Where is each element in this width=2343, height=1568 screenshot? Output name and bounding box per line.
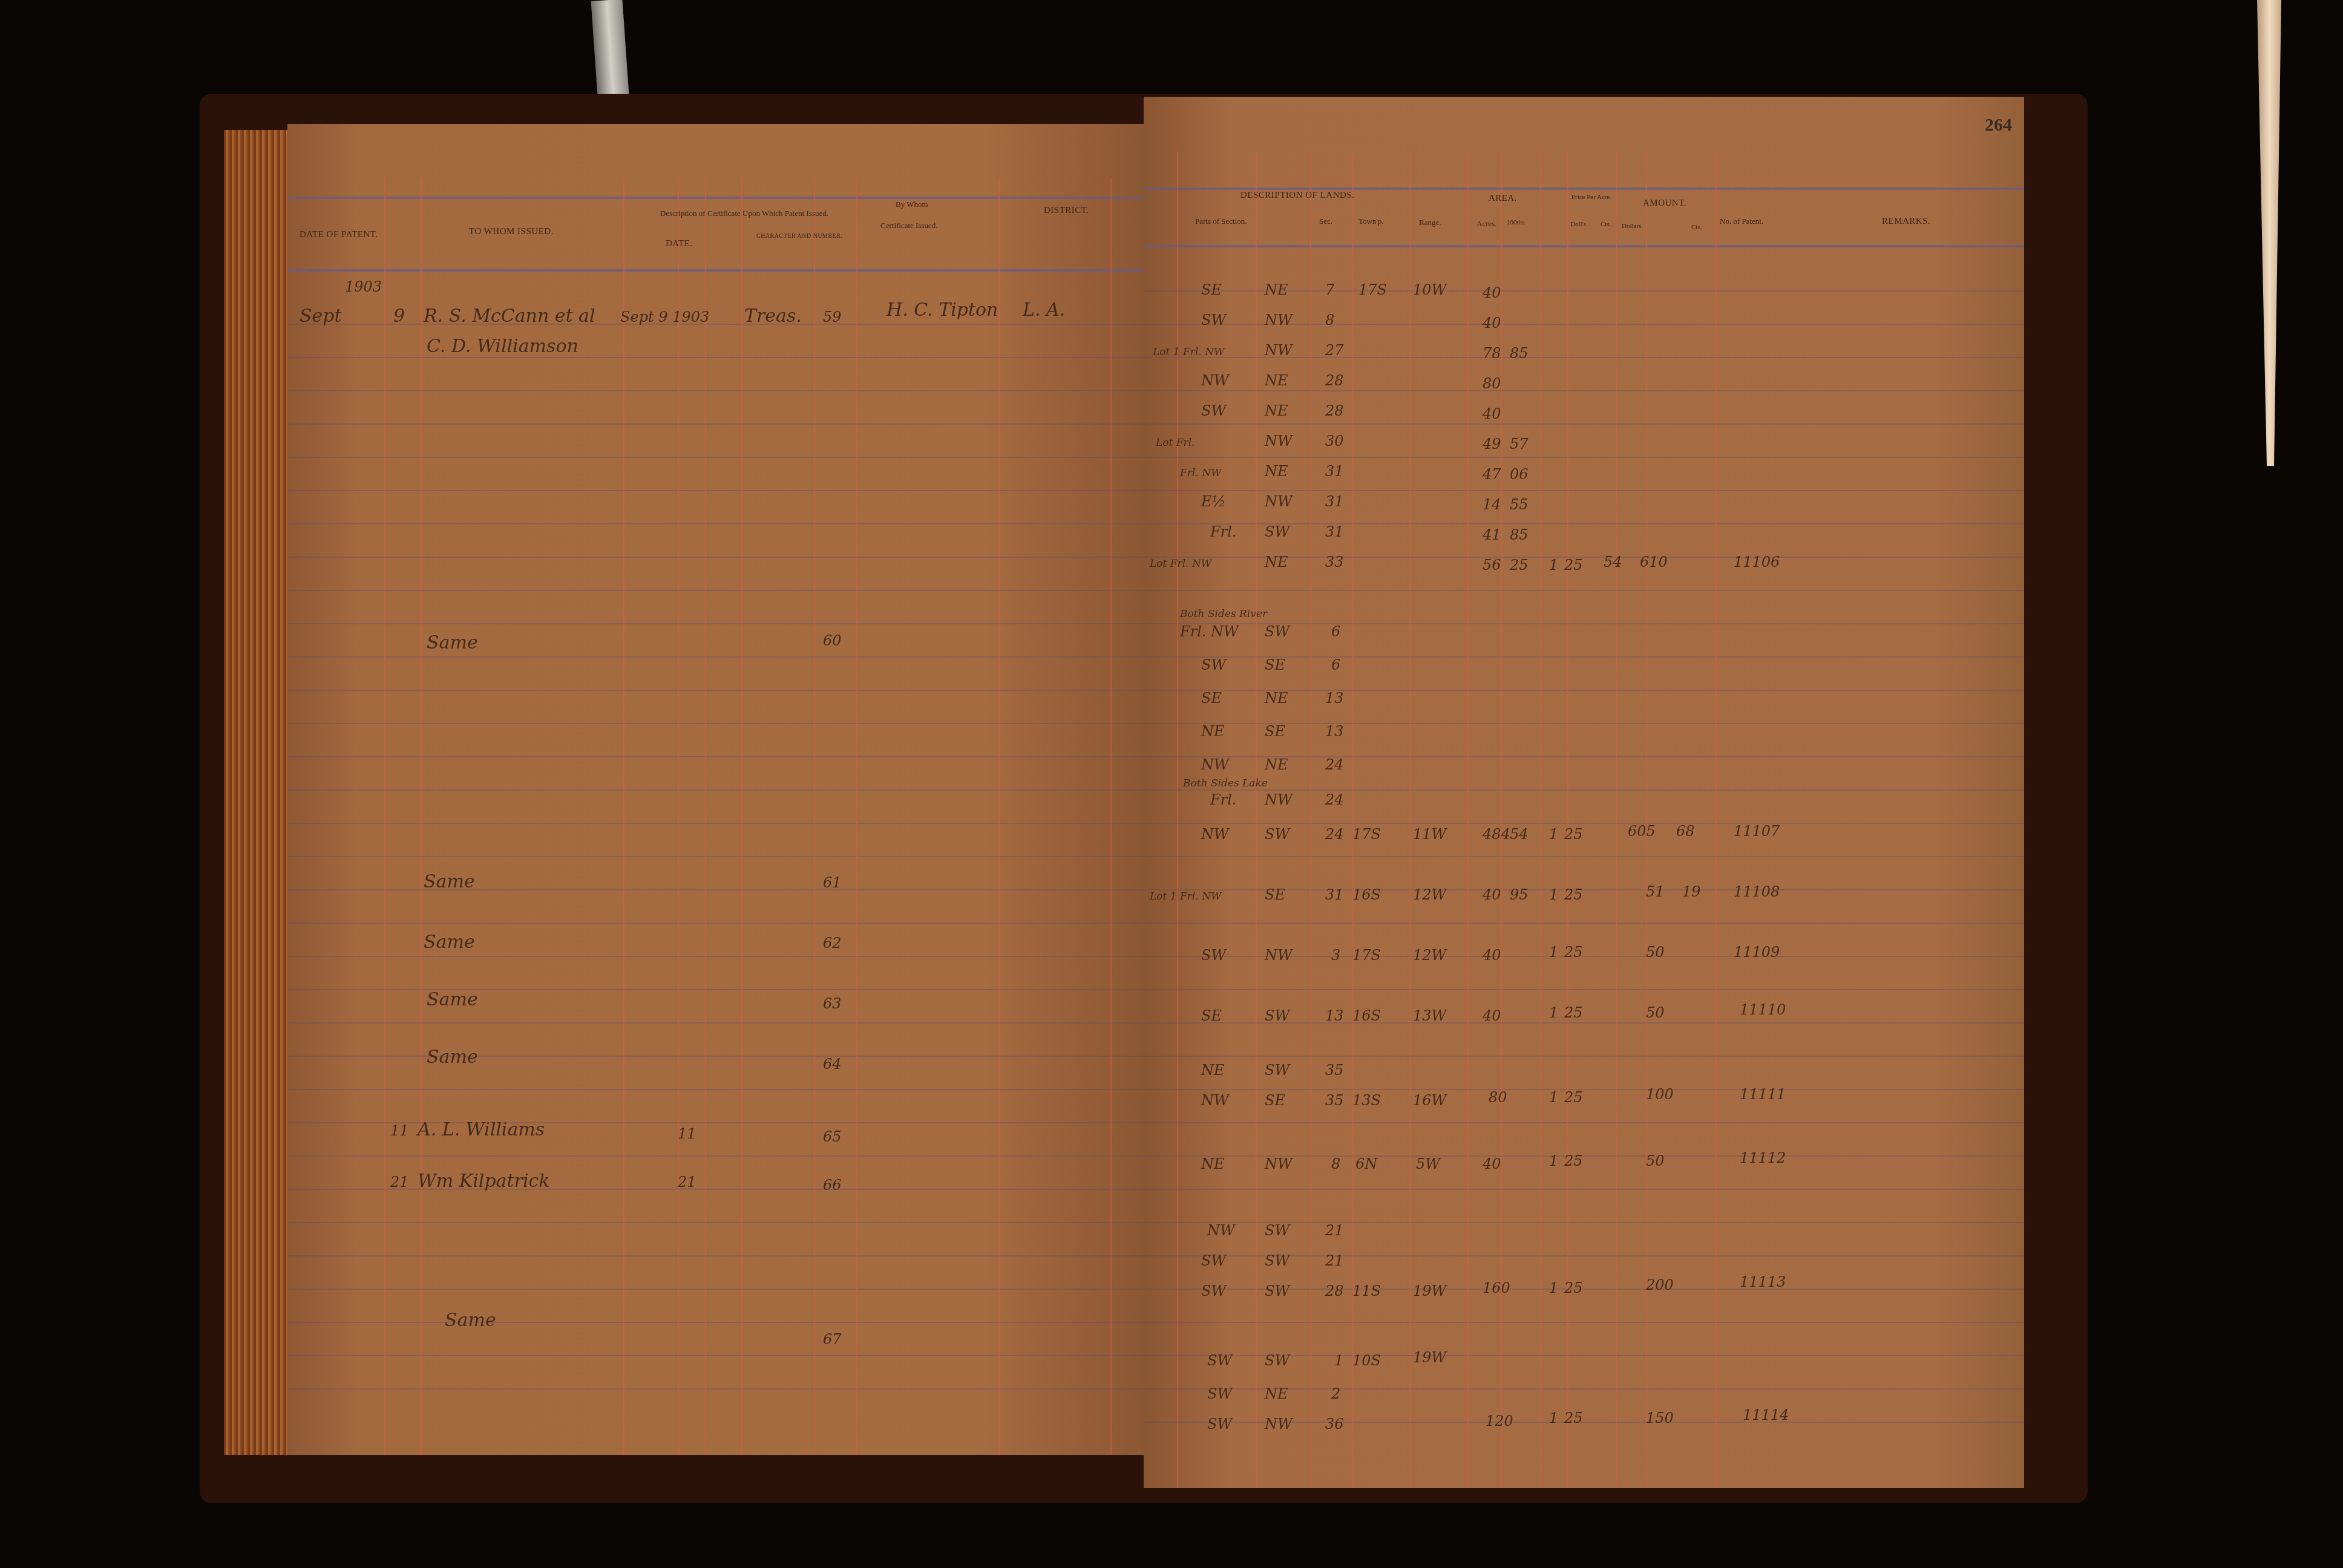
header-top-rule: [1144, 188, 2024, 190]
entry-cert-no: 63: [823, 995, 842, 1012]
land-cell: 8: [1325, 312, 1334, 328]
land-cell: 28: [1325, 372, 1344, 389]
header-dollars: Dollars.: [1622, 223, 1643, 230]
entry-name: Same: [427, 1047, 478, 1068]
header-dolls: Doll's.: [1570, 221, 1588, 228]
entry-name: Wm Kilpatrick: [418, 1171, 549, 1192]
land-cell: SE: [1201, 690, 1222, 707]
header-amount-cts: Cts.: [1691, 224, 1702, 231]
right-page: 264 DESCRIPTION OF LANDS. Parts of Secti…: [1144, 97, 2024, 1488]
entry-day: 11: [390, 1122, 409, 1139]
land-cell: SE: [1265, 656, 1285, 673]
land-cell: NW: [1265, 791, 1293, 808]
entry-day: 9: [393, 305, 405, 327]
land-cell: 10S: [1352, 1352, 1381, 1369]
land-cell: 100: [1646, 1086, 1674, 1103]
land-cell: NE: [1265, 372, 1288, 389]
land-cell: SE: [1201, 281, 1222, 298]
header-hundredths: 100ths.: [1507, 219, 1526, 226]
land-cell: 150: [1646, 1410, 1674, 1426]
header-area: AREA.: [1489, 194, 1517, 204]
header-acres: Acres.: [1476, 219, 1497, 229]
land-cell: 2: [1331, 1385, 1340, 1402]
land-cell: 28: [1325, 402, 1344, 419]
entry-cert-no: 62: [823, 935, 842, 952]
entry-by-whom: H. C. Tipton: [886, 299, 998, 321]
land-cell: 11112: [1740, 1149, 1786, 1166]
land-cell: Frl. NW: [1180, 467, 1222, 479]
land-cell: NW: [1265, 1416, 1293, 1432]
land-cell: 40: [1483, 405, 1501, 422]
year-annotation: 1903: [345, 278, 382, 295]
land-cell: 3: [1331, 947, 1340, 964]
land-cell: SW: [1201, 402, 1226, 419]
land-cell: 35: [1325, 1062, 1344, 1079]
land-cell: 41: [1483, 526, 1501, 543]
land-cell: 11111: [1740, 1086, 1786, 1103]
land-cell: 1: [1549, 1279, 1558, 1296]
land-cell: 28: [1325, 1282, 1344, 1299]
land-cell: 54: [1510, 826, 1529, 843]
land-cell: NW: [1265, 312, 1293, 328]
entry-name: Same: [427, 632, 478, 653]
land-cell: 11109: [1734, 944, 1780, 961]
entry-name: A. L. Williams: [418, 1119, 545, 1140]
entry-name: Same: [427, 989, 478, 1010]
land-cell: Lot 1 Frl. NW: [1153, 346, 1225, 358]
land-cell: 11W: [1413, 826, 1446, 843]
land-cell: 80: [1483, 375, 1501, 392]
land-cell: 25: [1564, 1152, 1583, 1169]
header-bottom-rule: [1144, 245, 2024, 247]
land-cell: 8: [1331, 1155, 1340, 1172]
land-cell: 50: [1646, 944, 1665, 961]
header-to-whom-issued: TO WHOM ISSUED.: [469, 227, 554, 237]
land-cell: SW: [1265, 826, 1289, 843]
land-cell: NE: [1265, 690, 1288, 707]
land-cell: 57: [1510, 436, 1529, 452]
entry-cert-no: 60: [823, 632, 842, 649]
land-cell: 11108: [1734, 883, 1780, 900]
land-cell: 200: [1646, 1276, 1674, 1293]
land-cell: SW: [1265, 1252, 1289, 1269]
land-cell: 31: [1325, 886, 1344, 903]
land-cell: SW: [1207, 1352, 1232, 1369]
land-cell: 11110: [1740, 1001, 1786, 1018]
land-cell: Lot 1 Frl. NW: [1150, 890, 1222, 903]
land-cell: 31: [1325, 463, 1344, 480]
land-cell: 16W: [1413, 1092, 1446, 1109]
land-cell: 06: [1510, 466, 1529, 483]
land-cell: 68: [1676, 823, 1695, 840]
header-top-rule: [287, 197, 1159, 199]
land-cell: 25: [1564, 826, 1583, 843]
land-cell: 1: [1334, 1352, 1343, 1369]
land-cell: Frl. NW: [1180, 623, 1239, 640]
entry-name: R. S. McCann et al: [424, 305, 595, 327]
land-cell: 17S: [1352, 947, 1381, 964]
land-cell: NW: [1265, 947, 1293, 964]
entry-name: Same: [445, 1310, 496, 1331]
land-cell: 1: [1549, 944, 1558, 961]
land-cell: 25: [1564, 1089, 1583, 1106]
land-cell: SW: [1201, 947, 1226, 964]
entry-day: 21: [390, 1174, 409, 1191]
header-amount: AMOUNT.: [1643, 198, 1686, 209]
header-bottom-rule: [287, 269, 1159, 272]
land-cell: Lot Frl. NW: [1150, 558, 1211, 570]
land-cell: 10W: [1413, 281, 1446, 298]
land-cell: 6: [1331, 656, 1340, 673]
land-cell: SW: [1265, 1062, 1289, 1079]
land-cell: NW: [1265, 433, 1293, 449]
land-cell: NW: [1201, 1092, 1229, 1109]
land-cell: NE: [1265, 402, 1288, 419]
header-description-of-lands: DESCRIPTION OF LANDS.: [1240, 191, 1354, 201]
land-cell: NW: [1265, 493, 1293, 510]
header-price-per-acre: Price Per Acre.: [1567, 194, 1616, 201]
entry-cert-date: 11: [678, 1125, 696, 1142]
land-cell: 40: [1483, 1007, 1501, 1024]
land-cell: SW: [1265, 523, 1289, 540]
land-cell: 25: [1564, 944, 1583, 961]
land-cell: 85: [1510, 526, 1529, 543]
land-cell: 1: [1549, 557, 1558, 573]
land-cell: 33: [1325, 554, 1344, 570]
land-cell: 47: [1483, 466, 1501, 483]
entry-cert-no: 65: [823, 1128, 842, 1145]
land-cell: SW: [1207, 1416, 1232, 1432]
land-cell: SW: [1265, 1352, 1289, 1369]
land-cell: 40: [1483, 1155, 1501, 1172]
land-cell: 16S: [1352, 1007, 1381, 1024]
header-cert-character: CHARACTER AND NUMBER.: [756, 233, 842, 240]
land-cell: NE: [1265, 756, 1288, 773]
land-cell: NE: [1201, 1155, 1225, 1172]
page-number: 264: [1985, 115, 2012, 136]
entry-cert-char: Treas.: [744, 305, 802, 327]
land-cell: NW: [1201, 372, 1229, 389]
header-parts-of-section: Parts of Section.: [1195, 217, 1247, 226]
land-cell: NE: [1201, 1062, 1225, 1079]
land-cell: 24: [1325, 826, 1344, 843]
land-cell: SW: [1265, 1282, 1289, 1299]
header-remarks: REMARKS.: [1882, 217, 1930, 227]
land-cell: 5W: [1416, 1155, 1440, 1172]
land-cell: 25: [1564, 886, 1583, 903]
land-cell: SW: [1201, 1282, 1226, 1299]
land-cell: SW: [1265, 623, 1289, 640]
land-cell: 21: [1325, 1252, 1344, 1269]
land-cell: 19: [1682, 883, 1701, 900]
land-cell: 6: [1331, 623, 1340, 640]
land-cell: Frl.: [1210, 523, 1236, 540]
land-cell: 13W: [1413, 1007, 1446, 1024]
land-cell: NW: [1201, 756, 1229, 773]
land-cell: 50: [1646, 1004, 1665, 1021]
land-cell: 160: [1483, 1279, 1510, 1296]
land-cell: 40: [1483, 315, 1501, 332]
land-cell: 13: [1325, 723, 1344, 740]
land-note: Both Sides River: [1180, 608, 1267, 620]
land-cell: 25: [1510, 557, 1529, 573]
land-cell: NW: [1207, 1222, 1235, 1239]
land-cell: 25: [1564, 1004, 1583, 1021]
land-cell: 6N: [1355, 1155, 1377, 1172]
land-cell: 51: [1646, 883, 1665, 900]
header-cts: Cts.: [1601, 221, 1611, 228]
land-cell: NW: [1201, 826, 1229, 843]
header-by-whom: By Whom: [896, 200, 928, 209]
land-cell: NE: [1201, 723, 1225, 740]
entry-name-2: C. D. Williamson: [427, 336, 578, 357]
land-cell: 1: [1549, 1089, 1558, 1106]
header-certificate-description: Description of Certificate Upon Which Pa…: [641, 209, 847, 218]
land-cell: Lot Frl.: [1156, 437, 1195, 449]
land-cell: 80: [1489, 1089, 1507, 1106]
land-cell: 17S: [1352, 826, 1381, 843]
land-cell: SW: [1201, 312, 1226, 328]
land-cell: 36: [1325, 1416, 1344, 1432]
land-cell: 11S: [1352, 1282, 1381, 1299]
land-cell: 35: [1325, 1092, 1344, 1109]
header-range: Range.: [1419, 218, 1441, 227]
header-cert-date: DATE.: [666, 239, 693, 249]
land-cell: 1: [1549, 886, 1558, 903]
bone-folder-tool: [2257, 0, 2281, 466]
land-cell: 11107: [1734, 823, 1780, 840]
header-date-of-patent: DATE OF PATENT.: [300, 230, 378, 240]
land-cell: 31: [1325, 523, 1344, 540]
land-cell: SW: [1201, 656, 1226, 673]
entry-cert-date: Sept 9 1903: [620, 309, 709, 325]
entry-cert-date: 21: [678, 1174, 696, 1191]
land-cell: 21: [1325, 1222, 1344, 1239]
left-page: DATE OF PATENT. TO WHOM ISSUED. Descript…: [287, 124, 1159, 1455]
land-cell: 1: [1549, 826, 1558, 843]
land-cell: 95: [1510, 886, 1529, 903]
land-cell: 24: [1325, 791, 1344, 808]
land-cell: SE: [1265, 723, 1285, 740]
land-cell: E½: [1201, 493, 1226, 510]
page-edges: [224, 130, 290, 1455]
land-cell: SE: [1265, 1092, 1285, 1109]
entry-name: Same: [424, 871, 475, 892]
land-cell: NE: [1265, 463, 1288, 480]
entry-cert-no: 66: [823, 1177, 842, 1194]
entry-cert-no: 59: [823, 309, 842, 325]
land-cell: SW: [1265, 1007, 1289, 1024]
land-cell: 49: [1483, 436, 1501, 452]
entry-cert-no: 67: [823, 1331, 842, 1348]
land-cell: 484: [1483, 826, 1510, 843]
land-cell: 31: [1325, 493, 1344, 510]
entry-district: L. A.: [1023, 299, 1065, 321]
land-cell: SE: [1201, 1007, 1222, 1024]
land-cell: 56: [1483, 557, 1501, 573]
land-cell: 16S: [1352, 886, 1381, 903]
land-cell: 24: [1325, 756, 1344, 773]
land-cell: 55: [1510, 496, 1529, 513]
land-cell: 40: [1483, 947, 1501, 964]
land-cell: 50: [1646, 1152, 1665, 1169]
land-cell: NE: [1265, 554, 1288, 570]
land-cell: 11113: [1740, 1273, 1786, 1290]
land-cell: 19W: [1413, 1349, 1446, 1366]
land-cell: Frl.: [1210, 791, 1236, 808]
land-cell: 54: [1604, 554, 1622, 570]
land-cell: 40: [1483, 886, 1501, 903]
land-cell: NW: [1265, 342, 1293, 359]
land-cell: SW: [1201, 1252, 1226, 1269]
header-township: Town'p.: [1358, 217, 1384, 226]
land-cell: 40: [1483, 284, 1501, 301]
land-cell: SE: [1265, 886, 1285, 903]
entry-month: Sept: [300, 305, 342, 327]
land-cell: 12W: [1413, 947, 1446, 964]
land-cell: NE: [1265, 281, 1288, 298]
entry-name: Same: [424, 932, 475, 953]
land-cell: 7: [1325, 281, 1334, 298]
land-cell: SW: [1265, 1222, 1289, 1239]
entry-cert-no: 64: [823, 1056, 842, 1073]
land-cell: 13: [1325, 1007, 1344, 1024]
land-cell: 1: [1549, 1004, 1558, 1021]
land-cell: 1: [1549, 1152, 1558, 1169]
land-cell: NE: [1265, 1385, 1288, 1402]
land-cell: 14: [1483, 496, 1501, 513]
land-cell: 1: [1549, 1410, 1558, 1426]
header-certificate-issued: Certificate Issued.: [880, 221, 938, 230]
land-cell: 25: [1564, 1279, 1583, 1296]
header-sec: Sec.: [1319, 217, 1332, 226]
land-cell: 85: [1510, 345, 1529, 362]
land-cell: SW: [1207, 1385, 1232, 1402]
land-cell: 78: [1483, 345, 1501, 362]
land-cell: NW: [1265, 1155, 1293, 1172]
land-cell: 12W: [1413, 886, 1446, 903]
land-cell: 19W: [1413, 1282, 1446, 1299]
header-district: DISTRICT.: [1044, 206, 1089, 216]
land-cell: 120: [1486, 1413, 1513, 1429]
land-cell: 25: [1564, 1410, 1583, 1426]
land-cell: 11106: [1734, 554, 1780, 570]
land-cell: 17S: [1358, 281, 1387, 298]
land-cell: 25: [1564, 557, 1583, 573]
land-cell: 27: [1325, 342, 1344, 359]
entry-cert-no: 61: [823, 874, 842, 891]
land-cell: 11114: [1743, 1406, 1789, 1423]
land-cell: 610: [1640, 554, 1668, 570]
land-cell: 13S: [1352, 1092, 1381, 1109]
land-cell: 605: [1628, 823, 1656, 840]
land-cell: 13: [1325, 690, 1344, 707]
header-no-of-patent: No. of Patent.: [1720, 217, 1763, 226]
land-note: Both Sides Lake: [1183, 777, 1268, 789]
land-cell: 30: [1325, 433, 1344, 449]
